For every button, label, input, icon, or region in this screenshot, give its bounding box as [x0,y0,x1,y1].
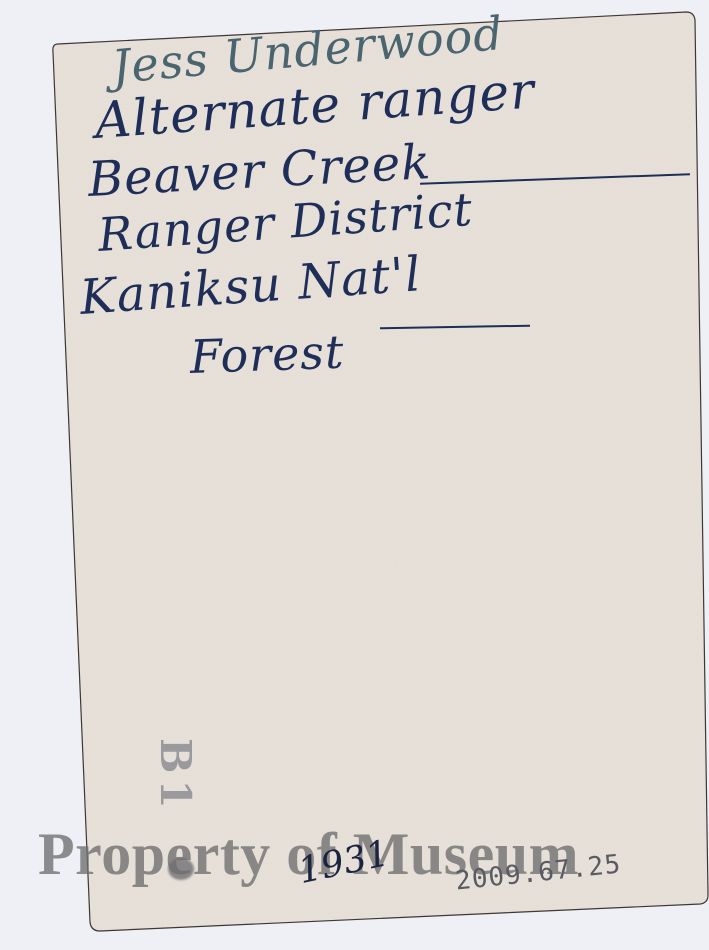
stamp-text: B1 [151,738,200,815]
inscription-line-forest: Forest [189,325,345,384]
